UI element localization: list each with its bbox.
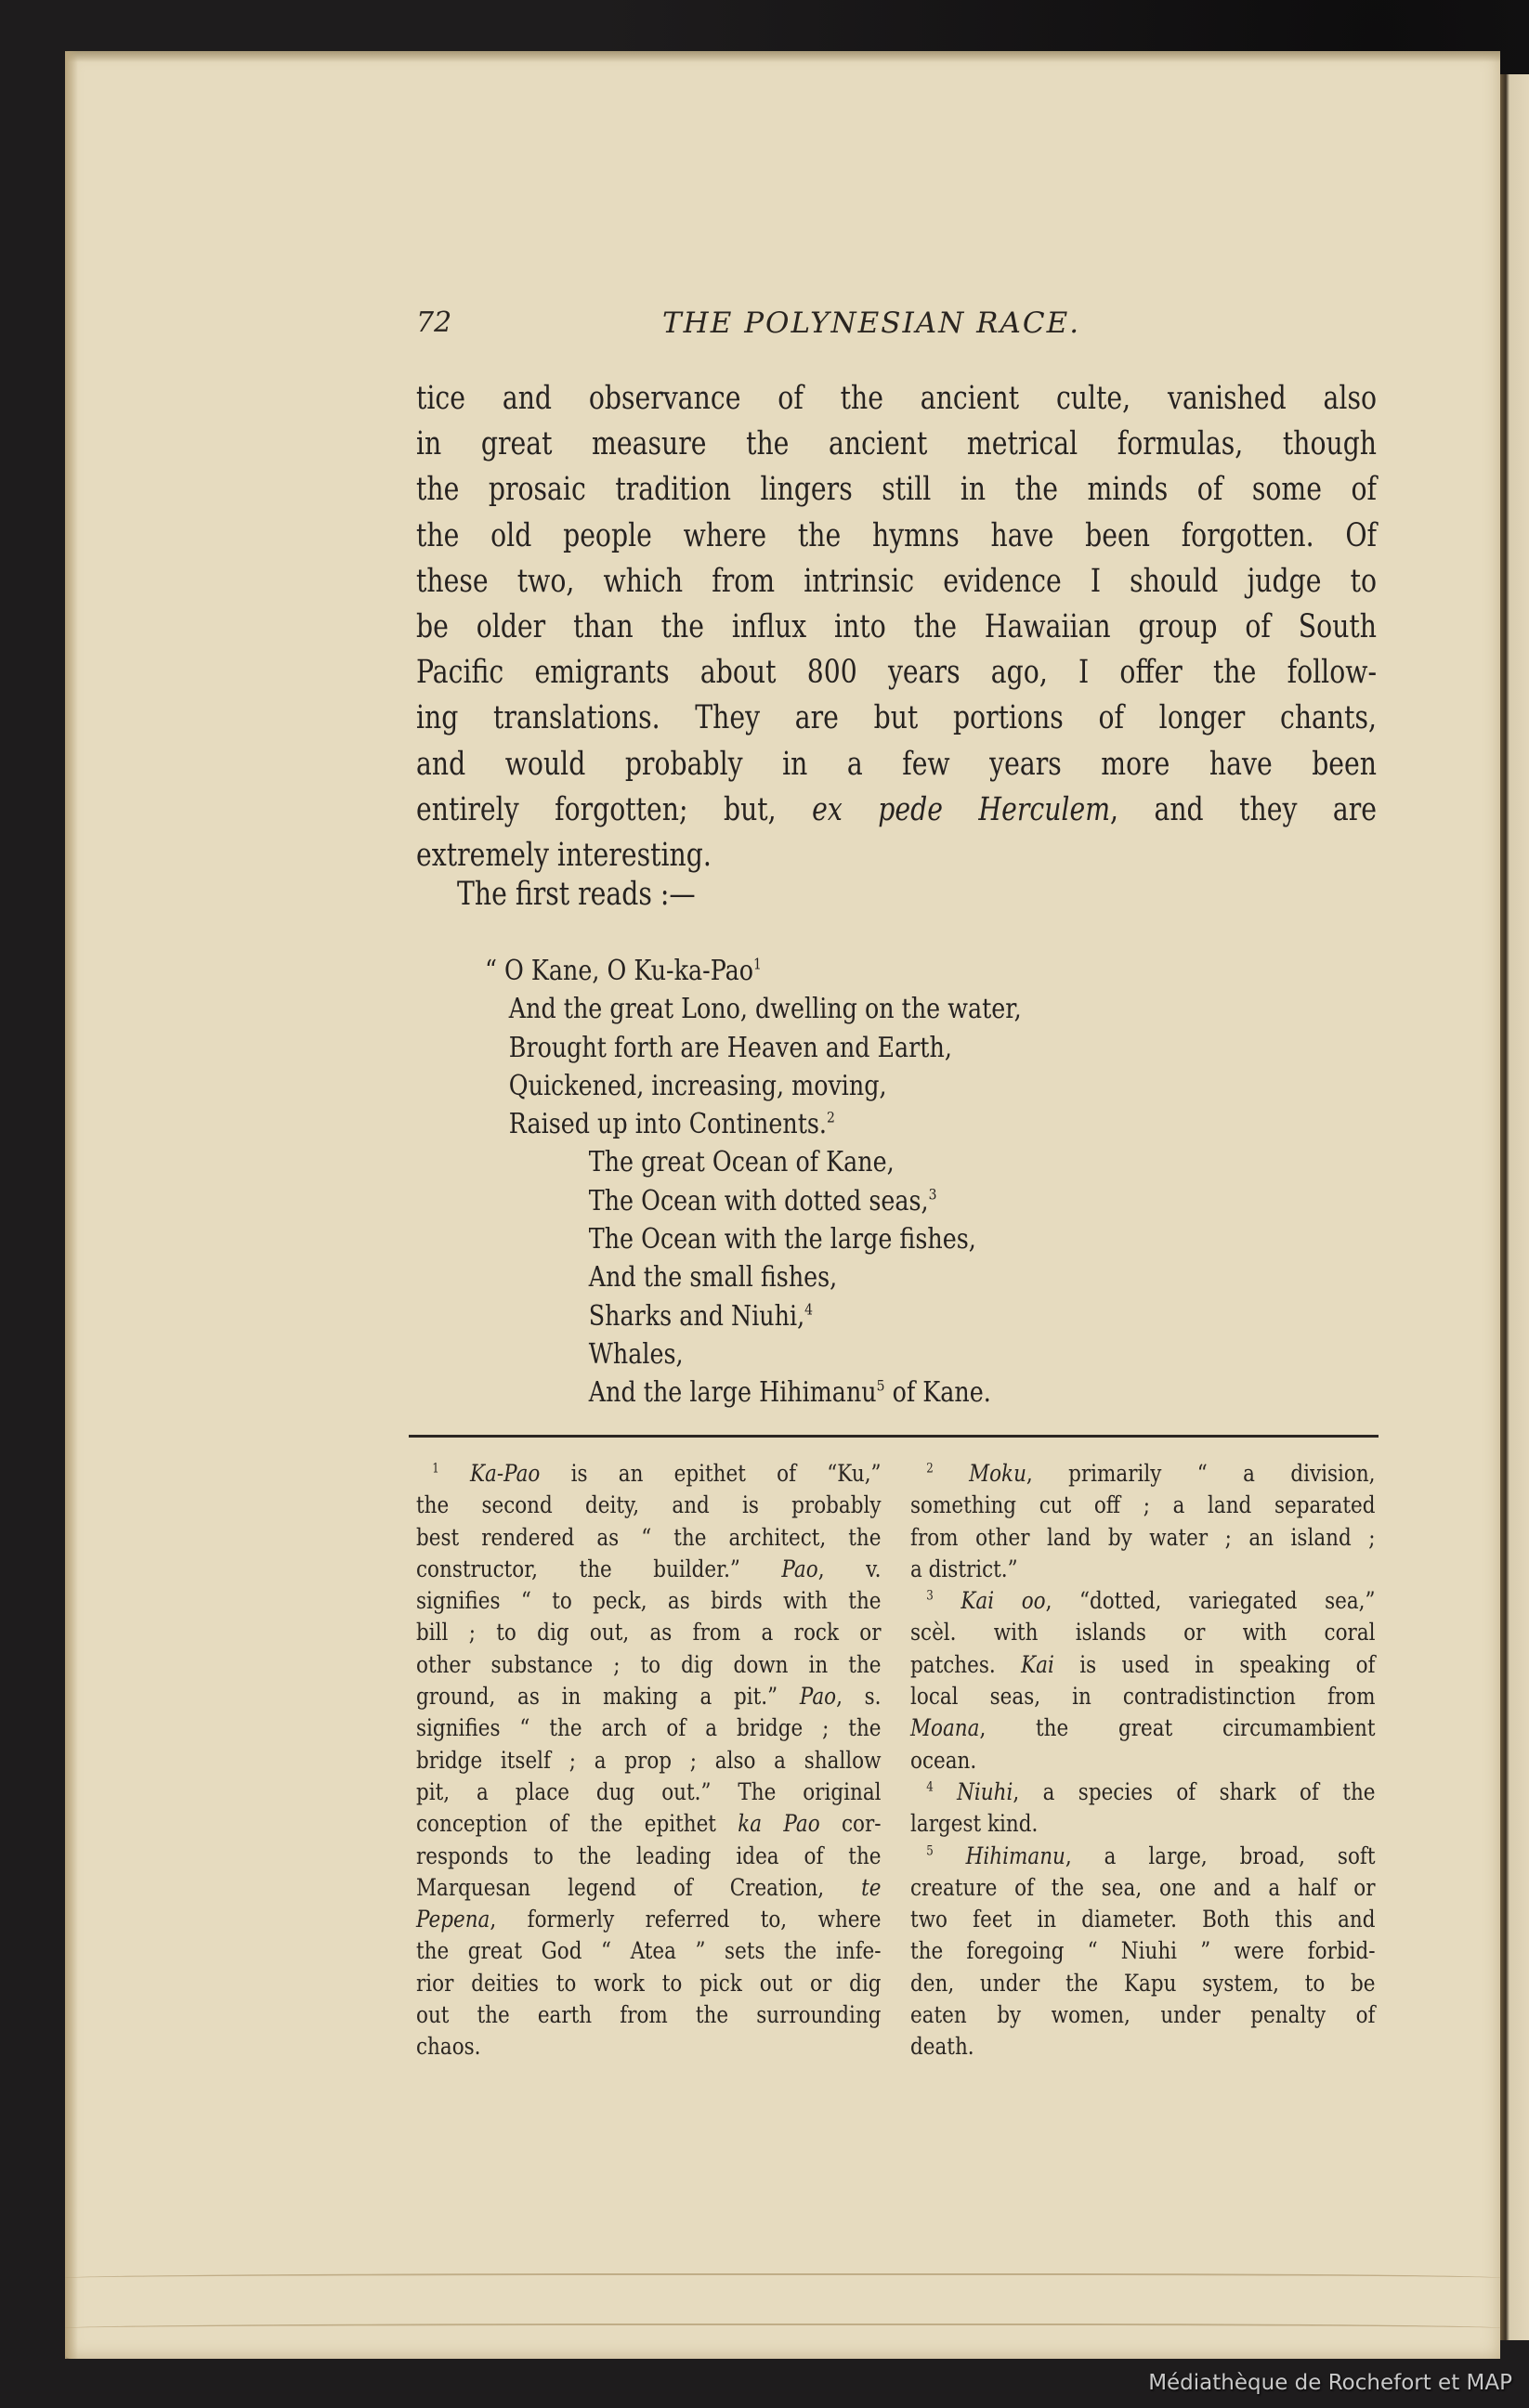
footnote-line: pit, a place dug out.” The original [416, 1777, 882, 1808]
footnote-line: ground, as in making a pit.” Pao, s. [416, 1681, 882, 1712]
footnote-line: chaos. [416, 2031, 882, 2063]
poem-line: “ O Kane, O Ku-ka-Pao1 [485, 952, 1022, 990]
footnote-line: Pepena, formerly referred to, where [416, 1904, 882, 1935]
footnote-line: Moana, the great circumambient [910, 1712, 1376, 1744]
body-line: the prosaic tradition lingers still in t… [416, 467, 1377, 513]
footnotes-left-column: 1 Ka-Pao is an epithet of “Ku,”the secon… [416, 1458, 882, 2063]
footnote-number: 5 [926, 1843, 934, 1858]
poem-line: The Ocean with the large fishes, [485, 1220, 1022, 1258]
footnote-line: out the earth from the surrounding [416, 1999, 882, 2031]
poem-line: The great Ocean of Kane, [485, 1143, 1022, 1181]
footnote-line: signifies “ to peck, as birds with the [416, 1585, 882, 1617]
footnote-line: Marquesan legend of Creation, te [416, 1872, 882, 1904]
footnote-line: bill ; to dig out, as from a rock or [416, 1617, 882, 1648]
poem-line: And the large Hihimanu5 of Kane. [485, 1373, 1022, 1412]
footnote-line: den, under the Kapu system, to be [910, 1968, 1376, 1999]
footnote-line: two feet in diameter. Both this and [910, 1904, 1376, 1935]
footnote-number: 4 [926, 1779, 934, 1794]
footnote-line: largest kind. [910, 1808, 1376, 1840]
poem-intro: The first reads :— [457, 876, 696, 913]
running-title: THE POLYNESIAN RACE. [662, 306, 1080, 340]
page-number: 72 [416, 306, 451, 339]
footnote-line: local seas, in contradistinction from [910, 1681, 1376, 1712]
footnote-line: best rendered as “ the architect, the [416, 1522, 882, 1554]
footnote-line: 2 Moku, primarily “ a division, [910, 1458, 1376, 1490]
footnote-line: other substance ; to dig down in the [416, 1649, 882, 1681]
footnote-line: 5 Hihimanu, a large, broad, soft [910, 1841, 1376, 1872]
poem-line: And the great Lono, dwelling on the wate… [485, 990, 1022, 1028]
body-line: entirely forgotten; but, ex pede Hercule… [416, 787, 1377, 833]
footnote-number: 1 [432, 1461, 439, 1476]
footnotes-right-column: 2 Moku, primarily “ a division,something… [910, 1458, 1376, 2063]
poem-line: Whales, [485, 1335, 1022, 1373]
footnote-line: conception of the epithet ka Pao cor- [416, 1808, 882, 1840]
footnote-reference: 4 [804, 1300, 813, 1318]
footnote-line: creature of the sea, one and a half or [910, 1872, 1376, 1904]
footnote-line: patches. Kai is used in speaking of [910, 1649, 1376, 1681]
footnote-line: death. [910, 2031, 1376, 2063]
footnote-line: responds to the leading idea of the [416, 1841, 882, 1872]
footnote-line: the foregoing “ Niuhi ” were forbid- [910, 1935, 1376, 1967]
footnote-reference: 1 [753, 956, 762, 973]
next-page-edge [1500, 74, 1529, 2340]
footnote-line: 1 Ka-Pao is an epithet of “Ku,” [416, 1458, 882, 1490]
footnote-line: the great God “ Atea ” sets the infe- [416, 1935, 882, 1967]
water-stain-line [65, 2273, 1500, 2283]
footnote-number: 3 [926, 1589, 934, 1604]
footnote-line: ocean. [910, 1745, 1376, 1777]
body-line: extremely interesting. [416, 833, 1377, 879]
footnote-reference: 5 [877, 1377, 885, 1395]
poem-line: The Ocean with dotted seas,3 [485, 1182, 1022, 1220]
poem-line: Brought forth are Heaven and Earth, [485, 1029, 1022, 1067]
body-paragraph: tice and observance of the ancient culte… [416, 376, 1204, 879]
footnote-reference: 3 [929, 1185, 937, 1203]
footnote-number: 2 [926, 1461, 934, 1476]
body-line: in great measure the ancient metrical fo… [416, 422, 1377, 467]
poem-line: Quickened, increasing, moving, [485, 1067, 1022, 1105]
body-line: the old people where the hymns have been… [416, 514, 1377, 559]
footnote-line: eaten by women, under penalty of [910, 1999, 1376, 2031]
body-line: tice and observance of the ancient culte… [416, 376, 1377, 422]
footnote-line: a district.” [910, 1554, 1376, 1585]
footnote-line: 4 Niuhi, a species of shark of the [910, 1777, 1376, 1808]
body-line: Pacific emigrants about 800 years ago, I… [416, 650, 1377, 696]
body-line: ing translations. They are but portions … [416, 696, 1377, 741]
water-stain-line [65, 2323, 1500, 2333]
running-header: 72 THE POLYNESIAN RACE. [416, 306, 1377, 344]
footnote-line: 3 Kai oo, “dotted, variegated sea,” [910, 1585, 1376, 1617]
footnote-line: the second deity, and is probably [416, 1490, 882, 1521]
poem-line: Raised up into Continents.2 [485, 1105, 1022, 1143]
footnote-reference: 2 [827, 1109, 835, 1126]
footnote-line: something cut off ; a land separated [910, 1490, 1376, 1521]
poem-line: And the small fishes, [485, 1258, 1022, 1296]
footnote-line: rior deities to work to pick out or dig [416, 1968, 882, 1999]
body-line: and would probably in a few years more h… [416, 742, 1377, 787]
body-line: be older than the influx into the Hawaii… [416, 605, 1377, 650]
footnote-divider [409, 1435, 1379, 1438]
poem-line: Sharks and Niuhi,4 [485, 1297, 1022, 1335]
footnote-line: signifies “ the arch of a bridge ; the [416, 1712, 882, 1744]
chant-poem: “ O Kane, O Ku-ka-Pao1And the great Lono… [485, 952, 1022, 1412]
footnote-line: bridge itself ; a prop ; also a shallow [416, 1745, 882, 1777]
footnote-line: from other land by water ; an island ; [910, 1522, 1376, 1554]
body-line: these two, which from intrinsic evidence… [416, 559, 1377, 605]
footnote-line: scèl. with islands or with coral [910, 1617, 1376, 1648]
library-watermark: Médiathèque de Rochefort et MAP [1148, 2371, 1512, 2395]
footnote-line: constructor, the builder.” Pao, v. [416, 1554, 882, 1585]
